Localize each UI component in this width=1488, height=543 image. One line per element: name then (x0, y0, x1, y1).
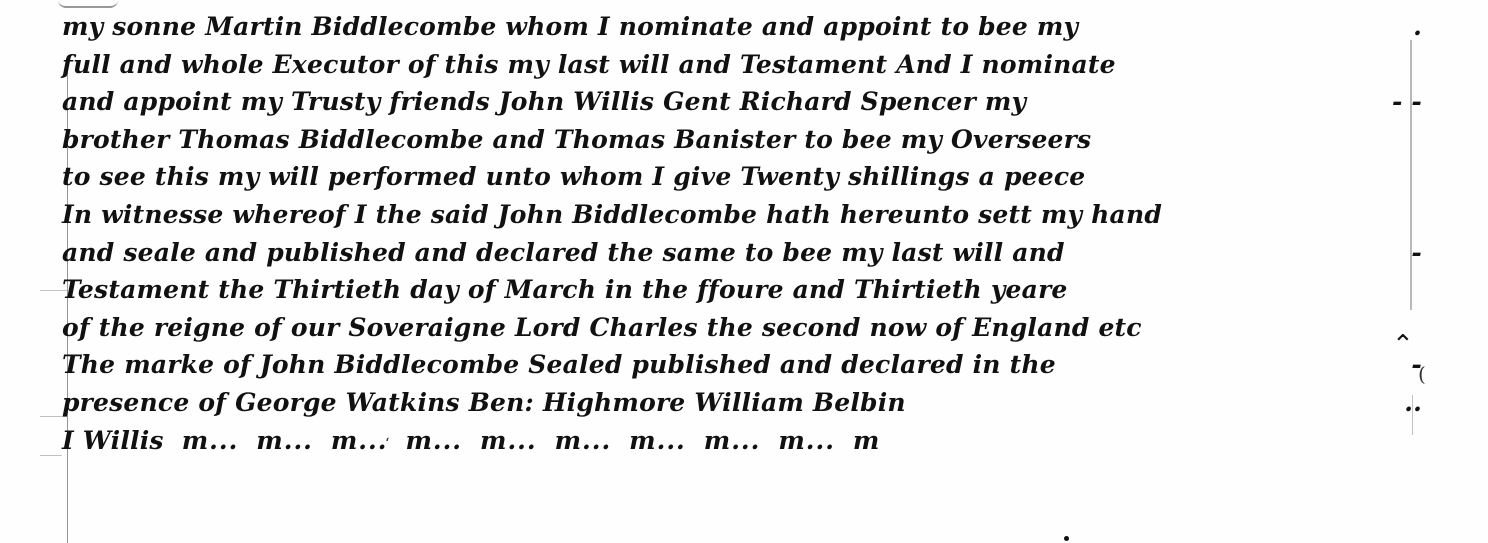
manuscript-line-4: brother Thomas Biddlecombe and Thomas Ba… (62, 121, 1422, 159)
manuscript-line-1: my sonne Martin Biddlecombe whom I nomin… (62, 8, 1422, 46)
line-filler: m... (480, 422, 537, 460)
manuscript-line-10: The marke of John Biddlecombe Sealed pub… (62, 346, 1422, 384)
manuscript-line-9: of the reigne of our Soveraigne Lord Cha… (62, 309, 1422, 347)
manuscript-line-11: presence of George Watkins Ben: Highmore… (62, 384, 1422, 422)
line-filler: m... (629, 422, 686, 460)
line-filler: m... (256, 422, 313, 460)
line-text: to see this my will performed unto whom … (62, 158, 1085, 196)
manuscript-line-12: I Willis m... m... m... m... m... m... m… (62, 422, 1422, 460)
line-text: In witnesse whereof I the said John Bidd… (62, 196, 1162, 234)
manuscript-text-block: my sonne Martin Biddlecombe whom I nomin… (62, 8, 1422, 459)
line-text: I Willis (62, 422, 164, 460)
line-text: and seale and published and declared the… (62, 234, 1065, 272)
line-filler: m... (778, 422, 835, 460)
manuscript-line-5: to see this my will performed unto whom … (62, 158, 1422, 196)
manuscript-line-2: full and whole Executor of this my last … (62, 46, 1422, 84)
bracket-mark-icon: ( (1418, 362, 1426, 386)
line-filler: m... (182, 422, 239, 460)
line-filler: m (853, 422, 880, 460)
line-text: my sonne Martin Biddlecombe whom I nomin… (62, 8, 1078, 46)
line-filler: m... (555, 422, 612, 460)
line-end-mark: . (1413, 8, 1422, 46)
line-text: presence of George Watkins Ben: Highmore… (62, 384, 906, 422)
line-filler: m... (704, 422, 761, 460)
line-end-mark: - - (1392, 83, 1422, 121)
line-text: and appoint my Trusty friends John Willi… (62, 83, 1026, 121)
top-flourish-mark (58, 0, 118, 8)
manuscript-line-3: and appoint my Trusty friends John Willi… (62, 83, 1422, 121)
line-text: full and whole Executor of this my last … (62, 46, 1116, 84)
line-text: The marke of John Biddlecombe Sealed pub… (62, 346, 1056, 384)
accent-mark-icon: ‘ (385, 436, 389, 452)
ink-dot-icon (1064, 536, 1069, 541)
caret-mark-icon: ⌃ (1392, 330, 1414, 360)
line-end-mark: - (1411, 234, 1422, 272)
line-filler: m... (405, 422, 462, 460)
manuscript-line-8: Testament the Thirtieth day of March in … (62, 271, 1422, 309)
line-text: brother Thomas Biddlecombe and Thomas Ba… (62, 121, 1091, 159)
line-filler: m... (331, 422, 388, 460)
manuscript-line-7: and seale and published and declared the… (62, 234, 1422, 272)
line-end-mark: .. (1404, 384, 1422, 422)
manuscript-page: my sonne Martin Biddlecombe whom I nomin… (0, 0, 1488, 543)
margin-tick (40, 455, 62, 456)
line-text: Testament the Thirtieth day of March in … (62, 271, 1068, 309)
manuscript-line-6: In witnesse whereof I the said John Bidd… (62, 196, 1422, 234)
line-text: of the reigne of our Soveraigne Lord Cha… (62, 309, 1142, 347)
